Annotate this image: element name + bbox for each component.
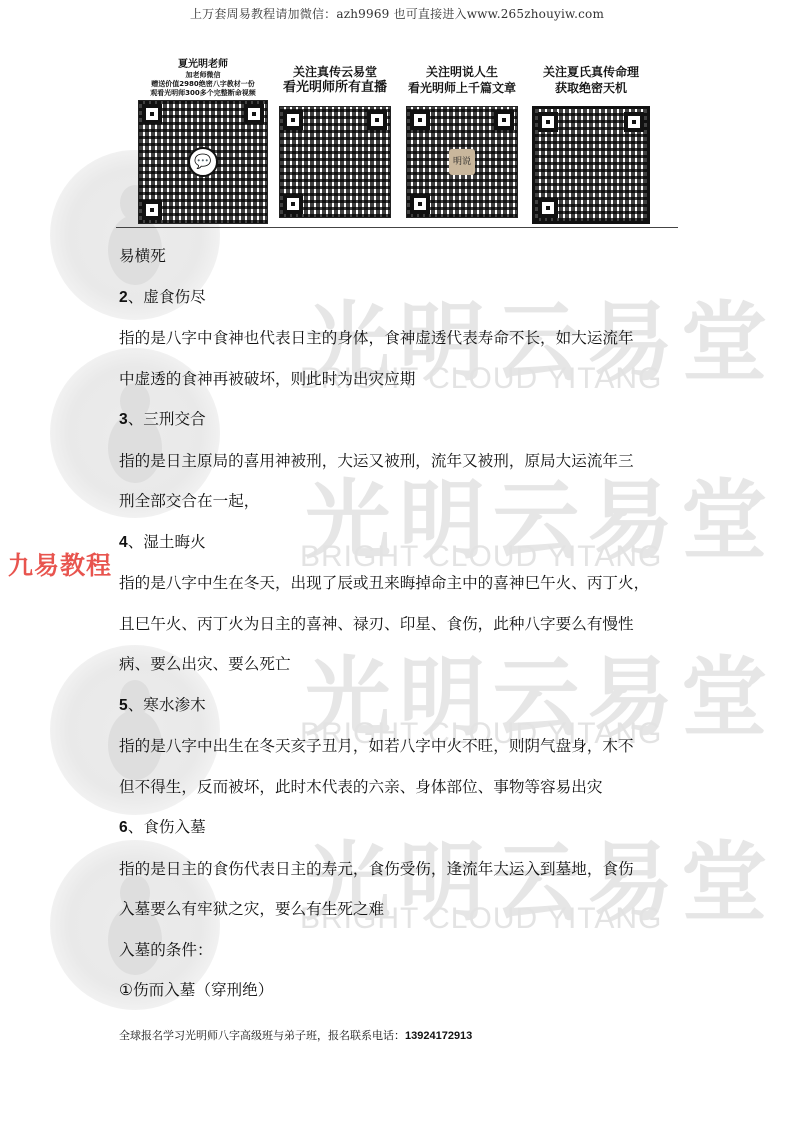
separator: 、: [128, 410, 144, 428]
qr-card-secrets: 关注夏氏真传命理 获取绝密天机: [531, 58, 651, 224]
footer-contact: 全球报名学习光明师八字高级班与弟子班，报名联系电话：13924172913: [119, 1027, 472, 1043]
paragraph: 入墓要么有牢狱之灾，要么有生死之难: [119, 889, 681, 930]
separator: 、: [128, 818, 144, 836]
qr-caption: 获取绝密天机: [531, 80, 651, 96]
qr-code[interactable]: 明说: [406, 106, 518, 218]
paragraph: 病、要么出灾、要么死亡: [119, 644, 681, 685]
qr-code[interactable]: 💬: [138, 100, 268, 224]
header-divider: [116, 227, 678, 228]
paragraph: ①伤而入墓（穿刑绝）: [119, 970, 681, 1011]
qr-caption: 夏光明老师: [135, 58, 271, 71]
section-title: 寒水渗木: [143, 696, 205, 714]
paragraph: 指的是日主原局的喜用神被刑，大运又被刑，流年又被刑，原局大运流年三: [119, 441, 681, 482]
qr-caption: 看光明师上千篇文章: [399, 80, 525, 96]
section-title: 三刑交合: [143, 410, 205, 428]
section-number: 3: [119, 411, 128, 428]
section-title: 湿土晦火: [143, 533, 205, 551]
separator: 、: [128, 288, 144, 306]
paragraph: 且巳午火、丙丁火为日主的喜神、禄刃、印星、食伤，此种八字要么有慢性: [119, 604, 681, 645]
section-number: 5: [119, 697, 128, 714]
section-number: 2: [119, 289, 128, 306]
qr-caption: 看光明师所有直播: [275, 80, 395, 96]
section-number: 6: [119, 819, 128, 836]
section-number: 4: [119, 534, 128, 551]
qr-card-live: 关注真传云易堂 看光明师所有直播: [275, 58, 395, 218]
mingshuo-logo-icon: 明说: [449, 149, 475, 175]
section-heading: 4、湿土晦火: [119, 522, 681, 564]
separator: 、: [128, 533, 144, 551]
section-heading: 6、食伤入墓: [119, 807, 681, 849]
paragraph: 刑全部交合在一起，: [119, 481, 681, 522]
qr-code-header: 夏光明老师 加老师微信 赠送价值2980绝密八字教材一份 观看光明师300多个完…: [135, 58, 675, 224]
qr-code[interactable]: [532, 106, 650, 224]
section-heading: 2、虚食伤尽: [119, 277, 681, 319]
paragraph: 指的是八字中出生在冬天亥子丑月，如若八字中火不旺，则阴气盘身，木不: [119, 726, 681, 767]
paragraph: 指的是八字中食神也代表日主的身体，食神虚透代表寿命不长，如大运流年: [119, 318, 681, 359]
section-heading: 5、寒水渗木: [119, 685, 681, 727]
section-heading: 3、三刑交合: [119, 399, 681, 441]
section-title: 食伤入墓: [143, 818, 205, 836]
paragraph: 入墓的条件：: [119, 930, 681, 971]
section-title: 虚食伤尽: [143, 288, 205, 306]
qr-card-articles: 关注明说人生 看光明师上千篇文章 明说: [399, 58, 525, 218]
qr-code[interactable]: [279, 106, 391, 218]
paragraph: 指的是日主的食伤代表日主的寿元，食伤受伤，逢流年大运入到墓地，食伤: [119, 849, 681, 890]
paragraph: 但不得生，反而被坏，此时木代表的六亲、身体部位、事物等容易出灾: [119, 767, 681, 808]
paragraph: 易横死: [119, 236, 681, 277]
footer-phone: 13924172913: [405, 1030, 472, 1042]
paragraph: 中虚透的食神再被破坏，则此时为出灾应期: [119, 359, 681, 400]
wechat-icon: 💬: [188, 147, 218, 177]
qr-caption: 加老师微信: [135, 71, 271, 80]
qr-caption: 观看光明师300多个完整断命视频: [135, 89, 271, 98]
top-banner: 上万套周易教程请加微信：azh9969 也可直接进入www.265zhouyiw…: [0, 5, 794, 22]
separator: 、: [128, 696, 144, 714]
qr-caption: 赠送价值2980绝密八字教材一份: [135, 80, 271, 89]
qr-caption: 关注夏氏真传命理: [531, 64, 651, 80]
paragraph: 指的是八字中生在冬天，出现了辰或丑来晦掉命主中的喜神巳午火、丙丁火，: [119, 563, 681, 604]
qr-caption: 关注明说人生: [399, 64, 525, 80]
side-stamp: 九易教程: [8, 546, 112, 582]
qr-card-teacher: 夏光明老师 加老师微信 赠送价值2980绝密八字教材一份 观看光明师300多个完…: [135, 58, 271, 224]
document-body: 易横死 2、虚食伤尽 指的是八字中食神也代表日主的身体，食神虚透代表寿命不长，如…: [119, 236, 681, 1011]
qr-caption: 关注真传云易堂: [275, 64, 395, 80]
footer-text: 全球报名学习光明师八字高级班与弟子班，报名联系电话：: [119, 1029, 405, 1042]
